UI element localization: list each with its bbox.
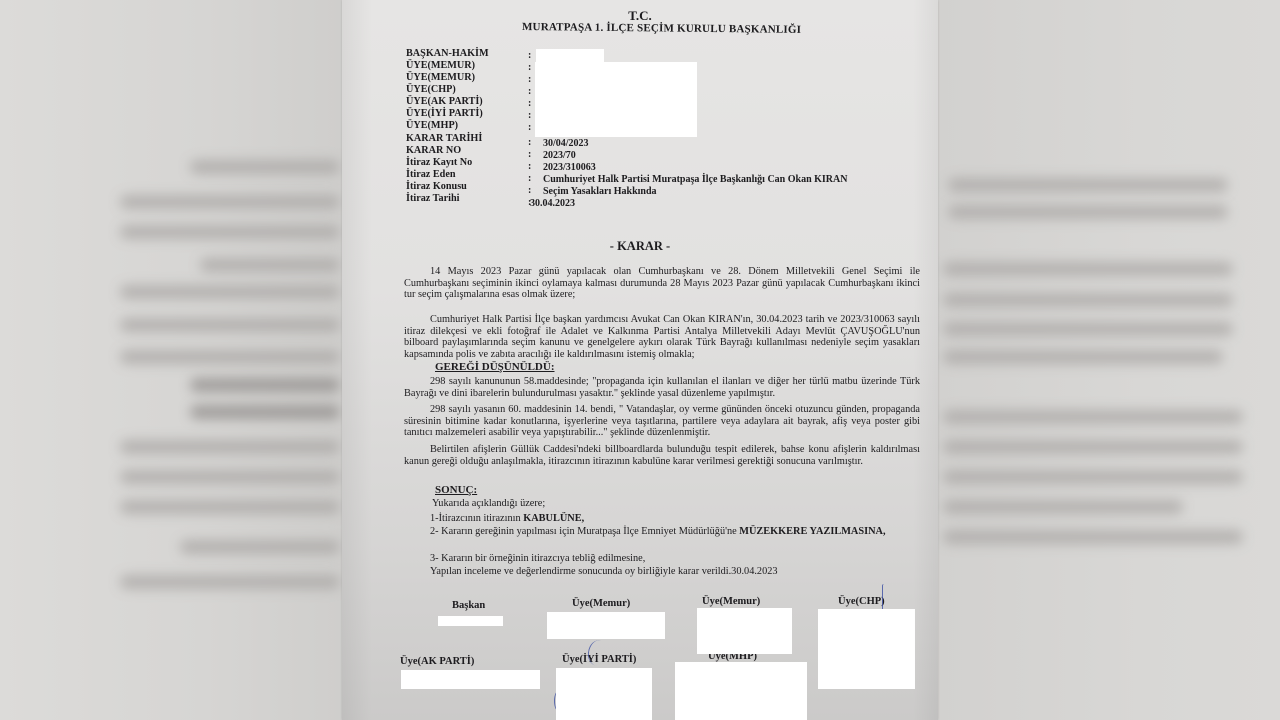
meta-colon: : xyxy=(528,161,531,173)
meta-label-karar-no: KARAR NO xyxy=(406,145,461,157)
meta-label-itiraz-tarihi: İtiraz Tarihi xyxy=(406,193,460,205)
meta-value-itiraz-konusu: Seçim Yasakları Hakkında xyxy=(543,186,657,198)
redaction-baskan-name xyxy=(536,49,604,63)
meta-value-karar-tarihi: 30/04/2023 xyxy=(543,138,589,150)
redaction-signature-baskan xyxy=(438,616,503,626)
redaction-signature-uye-iyi-parti xyxy=(556,668,652,720)
decision-document-page: T.C. MURATPAŞA 1. İLÇE SEÇİM KURULU BAŞK… xyxy=(342,0,938,720)
meta-colon: : xyxy=(528,86,531,98)
meta-label-baskan-hakim: BAŞKAN-HAKİM xyxy=(406,48,489,60)
redaction-signature-uye-ak-parti xyxy=(401,670,540,689)
signature-label-uye-memur-2: Üye(Memur) xyxy=(702,596,760,607)
signature-label-baskan: Başkan xyxy=(452,600,485,611)
paragraph-election-context: 14 Mayıs 2023 Pazar günü yapılacak olan … xyxy=(404,266,920,301)
heading-geregi-dusunuldu: GEREĞİ DÜŞÜNÜLDÜ: xyxy=(435,361,555,373)
blurred-background-right xyxy=(938,0,1280,720)
karar-title: - KARAR - xyxy=(342,239,938,254)
paragraph-findings: Belirtilen afişlerin Güllük Caddesi'ndek… xyxy=(404,444,920,467)
redaction-signature-uye-memur-1 xyxy=(547,612,665,639)
signature-label-uye-chp: Üye(CHP) xyxy=(838,596,885,607)
meta-colon: : xyxy=(528,137,531,149)
redaction-signature-uye-chp xyxy=(818,609,915,689)
meta-colon: : xyxy=(528,185,531,197)
paragraph-law-article-60: 298 sayılı yasanın 60. maddesinin 14. be… xyxy=(404,404,920,439)
redaction-signature-uye-memur-2 xyxy=(697,608,792,654)
result-final-statement: Yapılan inceleme ve değerlendirme sonucu… xyxy=(430,566,910,578)
redaction-signature-uye-mhp xyxy=(675,662,807,720)
meta-colon: : xyxy=(528,50,531,62)
signature-label-uye-memur-1: Üye(Memur) xyxy=(572,598,630,609)
meta-colon: : xyxy=(528,74,531,86)
meta-colon: : xyxy=(528,122,531,134)
meta-colon: : xyxy=(528,173,531,185)
meta-label-uye-memur-2: ÜYE(MEMUR) xyxy=(406,72,475,84)
meta-value-itiraz-eden: Cumhuriyet Halk Partisi Muratpaşa İlçe B… xyxy=(543,174,847,186)
meta-label-itiraz-eden: İtiraz Eden xyxy=(406,169,456,181)
meta-label-karar-tarihi: KARAR TARİHİ xyxy=(406,133,482,145)
meta-label-uye-chp: ÜYE(CHP) xyxy=(406,84,456,96)
paragraph-objection-summary: Cumhuriyet Halk Partisi İlçe başkan yard… xyxy=(404,314,920,360)
meta-label-uye-ak-parti: ÜYE(AK PARTİ) xyxy=(406,96,483,108)
result-item-2: 2- Kararın gereğinin yapılması için Mura… xyxy=(404,526,920,538)
blurred-background-left xyxy=(0,0,342,720)
result-item-1: 1-İtirazcının itirazının KABULÜNE, xyxy=(430,513,910,525)
paragraph-law-article-58: 298 sayılı kanununun 58.maddesinde; "pro… xyxy=(404,376,920,399)
meta-label-itiraz-konusu: İtiraz Konusu xyxy=(406,181,467,193)
meta-colon: : xyxy=(528,98,531,110)
meta-value-karar-no: 2023/70 xyxy=(543,150,576,162)
meta-value-itiraz-kayit-no: 2023/310063 xyxy=(543,162,596,174)
document-institution-title: MURATPAŞA 1. İLÇE SEÇİM KURULU BAŞKANLIĞ… xyxy=(522,21,801,36)
meta-label-uye-mhp: ÜYE(MHP) xyxy=(406,120,458,132)
signature-label-uye-ak-parti: Üye(AK PARTİ) xyxy=(400,656,474,667)
meta-colon: : xyxy=(528,149,531,161)
meta-value-itiraz-tarihi: 30.04.2023 xyxy=(530,198,575,210)
result-item-3: 3- Kararın bir örneğinin itirazcıya tebl… xyxy=(430,553,910,565)
meta-label-itiraz-kayit-no: İtiraz Kayıt No xyxy=(406,157,472,169)
heading-sonuc: SONUÇ: xyxy=(435,484,477,496)
result-intro: Yukarıda açıklandığı üzere; xyxy=(432,498,912,510)
meta-colon: : xyxy=(528,62,531,74)
redaction-member-names xyxy=(535,62,697,137)
meta-label-uye-memur-1: ÜYE(MEMUR) xyxy=(406,60,475,72)
meta-label-uye-iyi-parti: ÜYE(İYİ PARTİ) xyxy=(406,108,483,120)
meta-colon: : xyxy=(528,110,531,122)
